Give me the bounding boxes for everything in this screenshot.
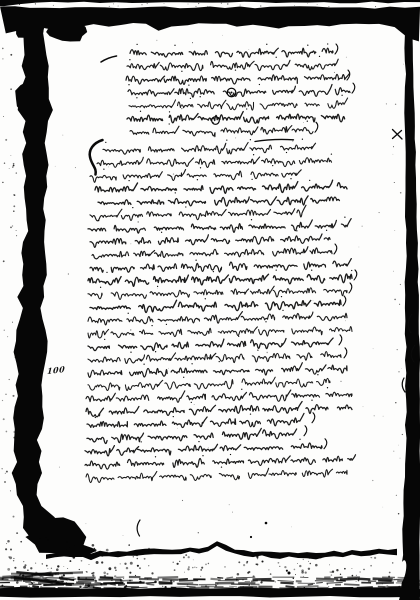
- handwriting-line: [103, 143, 316, 155]
- i-dot: [213, 271, 214, 272]
- speck: [303, 122, 304, 123]
- i-dot: [344, 217, 345, 218]
- handwriting-line: [85, 455, 356, 469]
- i-dot: [341, 95, 342, 96]
- speck: [2, 400, 3, 401]
- speck: [303, 576, 304, 577]
- speck: [92, 572, 94, 574]
- scan-streak: [316, 579, 338, 580]
- speck: [270, 573, 272, 575]
- line-end-flourish: [312, 413, 315, 423]
- speck: [10, 549, 12, 551]
- speck: [192, 567, 193, 568]
- speck: [402, 434, 403, 435]
- speck: [295, 574, 296, 575]
- i-dot: [257, 349, 258, 350]
- speck: [120, 579, 123, 582]
- speck: [192, 42, 193, 43]
- i-dot: [235, 69, 236, 70]
- i-dot: [276, 269, 277, 270]
- speck: [352, 575, 354, 577]
- speck: [200, 569, 202, 571]
- handwriting-line: [88, 338, 333, 351]
- scan-streak: [217, 578, 223, 579]
- scan-streak: [179, 580, 198, 581]
- speck: [383, 416, 384, 417]
- speck: [12, 166, 13, 167]
- speck: [73, 556, 76, 559]
- speck: [185, 554, 187, 556]
- speck: [12, 395, 14, 397]
- line-end-flourish: [343, 296, 346, 306]
- speck: [13, 163, 15, 165]
- i-dot: [143, 364, 144, 365]
- ink-dot: [265, 522, 268, 525]
- speck: [396, 495, 397, 496]
- speck: [6, 543, 7, 544]
- i-dot: [191, 363, 192, 364]
- speck: [13, 431, 14, 432]
- scan-streak: [278, 581, 295, 582]
- speck: [399, 304, 400, 305]
- speck: [136, 554, 139, 557]
- speck: [16, 581, 19, 584]
- speck: [100, 583, 102, 585]
- i-dot: [181, 71, 182, 72]
- speck: [12, 322, 13, 323]
- i-dot: [191, 402, 192, 403]
- speck: [114, 567, 116, 569]
- handwriting-line: [88, 312, 347, 325]
- speck: [177, 428, 178, 429]
- speck: [362, 226, 363, 227]
- i-dot: [246, 108, 247, 109]
- speck: [7, 540, 10, 543]
- speck: [1, 585, 3, 587]
- speck: [309, 557, 311, 559]
- speck: [5, 548, 7, 550]
- speck: [182, 500, 183, 501]
- speck: [10, 54, 12, 56]
- speck: [118, 6, 119, 7]
- scanned-manuscript-page: 100: [0, 0, 420, 600]
- speck: [106, 549, 109, 552]
- speck: [393, 451, 394, 452]
- speck: [13, 560, 14, 561]
- speck: [13, 165, 15, 167]
- handwriting-line: [128, 85, 350, 98]
- i-dot: [161, 232, 162, 233]
- speck: [130, 243, 131, 244]
- scan-border-right: [399, 22, 420, 600]
- speck: [319, 556, 322, 559]
- speck: [147, 3, 148, 4]
- speck: [2, 468, 3, 469]
- speck: [124, 563, 126, 565]
- scan-streak: [93, 587, 101, 588]
- speck: [22, 574, 24, 576]
- i-dot: [132, 207, 133, 208]
- speck: [70, 572, 72, 574]
- i-dot: [241, 389, 242, 390]
- handwriting-line: [87, 413, 304, 427]
- speck: [16, 532, 18, 534]
- speck: [164, 3, 165, 4]
- speck: [356, 581, 357, 582]
- speck: [19, 4, 20, 5]
- speck: [61, 581, 63, 583]
- handwriting-line: [127, 112, 345, 124]
- speck: [196, 567, 197, 568]
- speck: [5, 139, 7, 141]
- speck: [93, 548, 95, 550]
- speck: [196, 6, 197, 7]
- i-dot: [331, 153, 332, 154]
- handwriting-line: [85, 443, 322, 456]
- speck: [373, 348, 374, 349]
- speck: [328, 6, 329, 7]
- speck: [4, 586, 5, 587]
- speck: [35, 3, 36, 4]
- speck: [205, 564, 207, 566]
- speck: [400, 284, 401, 285]
- speck: [101, 555, 103, 557]
- speck: [257, 558, 258, 559]
- speck: [106, 573, 108, 575]
- speck: [294, 569, 296, 571]
- speck: [356, 575, 357, 576]
- speck: [183, 556, 185, 558]
- margin-cross-mark: [393, 130, 403, 140]
- speck: [248, 584, 250, 586]
- handwriting-line: [130, 126, 313, 137]
- speck: [256, 556, 258, 558]
- i-dot: [327, 43, 328, 44]
- speck: [85, 523, 86, 524]
- initial-flourish: [90, 140, 103, 175]
- speck: [400, 192, 402, 194]
- speck: [389, 572, 391, 574]
- i-dot: [317, 374, 318, 375]
- handwriting-line: [88, 377, 330, 390]
- speck: [17, 577, 19, 579]
- i-dot: [326, 230, 327, 231]
- speck: [147, 578, 148, 579]
- handwriting-line: [95, 180, 347, 193]
- speck: [4, 163, 5, 164]
- speck: [393, 154, 394, 155]
- speck: [27, 569, 29, 571]
- speck: [96, 561, 99, 564]
- scan-streak: [158, 577, 179, 578]
- speck: [129, 572, 131, 574]
- speck: [238, 561, 240, 563]
- handwriting-line: [97, 157, 332, 167]
- i-dot: [302, 139, 303, 140]
- speck: [95, 580, 97, 582]
- speck: [308, 568, 310, 570]
- ink-dot: [250, 536, 252, 538]
- speck: [29, 586, 30, 587]
- i-dot: [200, 96, 201, 97]
- scan-streak: [297, 586, 319, 587]
- handwriting-line: [87, 428, 297, 443]
- speck: [222, 35, 223, 36]
- scan-streak: [211, 579, 221, 580]
- i-dot: [200, 167, 201, 168]
- speck: [157, 288, 158, 289]
- speck: [278, 562, 280, 564]
- speck: [137, 565, 139, 567]
- i-dot: [95, 417, 96, 418]
- speck: [47, 568, 48, 569]
- handwriting-line: [98, 196, 339, 206]
- scan-streak: [131, 587, 147, 588]
- scan-bottom-shadow-line: [46, 541, 397, 560]
- i-dot: [266, 44, 267, 45]
- handwriting-line: [86, 468, 347, 482]
- speck: [9, 168, 10, 169]
- speck: [181, 108, 182, 109]
- scan-border-left: [12, 22, 63, 539]
- speck: [6, 431, 8, 433]
- speck: [193, 559, 194, 560]
- speck: [268, 569, 269, 570]
- i-dot: [183, 377, 184, 378]
- speck: [398, 586, 400, 588]
- speck: [303, 559, 304, 560]
- speck: [398, 445, 399, 446]
- speck: [123, 578, 124, 579]
- speck: [33, 580, 34, 581]
- line-end-flourish: [339, 335, 342, 345]
- line-end-flourish: [352, 83, 355, 93]
- i-dot: [319, 56, 320, 57]
- speck: [76, 582, 77, 583]
- speck: [279, 566, 280, 567]
- i-dot: [157, 286, 158, 287]
- speck: [24, 564, 26, 566]
- speck: [359, 571, 360, 572]
- speck: [198, 3, 199, 4]
- i-dot: [290, 178, 291, 179]
- speck: [394, 299, 396, 301]
- i-dot: [311, 400, 312, 401]
- line-end-flourish: [354, 270, 357, 280]
- speck: [42, 563, 43, 564]
- speck: [363, 569, 364, 570]
- speck: [23, 561, 24, 562]
- scan-rendering: [0, 0, 420, 600]
- speck: [16, 172, 17, 173]
- speck: [66, 541, 68, 543]
- i-dot: [219, 361, 220, 362]
- speck: [89, 564, 90, 565]
- speck: [113, 3, 114, 4]
- speck: [179, 561, 180, 562]
- handwriting-line: [90, 170, 301, 183]
- handwriting-line: [88, 363, 347, 378]
- speck: [148, 548, 150, 550]
- i-dot: [226, 139, 227, 140]
- speck: [173, 173, 174, 174]
- speck: [331, 574, 332, 575]
- speck: [207, 6, 208, 7]
- scan-streak: [358, 579, 371, 580]
- speck: [51, 568, 52, 569]
- i-dot: [128, 84, 129, 85]
- speck: [129, 580, 131, 582]
- speck: [305, 572, 307, 574]
- speck: [308, 561, 309, 562]
- speck: [22, 577, 24, 579]
- speck: [229, 504, 230, 505]
- i-dot: [140, 111, 141, 112]
- speck: [14, 194, 16, 196]
- speck: [135, 575, 136, 576]
- speck: [187, 584, 188, 585]
- word-underline: [255, 139, 294, 141]
- speck: [10, 227, 12, 229]
- speck: [130, 562, 133, 565]
- speck: [248, 49, 249, 50]
- speck: [294, 5, 295, 6]
- speck: [351, 568, 352, 569]
- handwriting-line: [130, 48, 333, 57]
- speck: [284, 566, 286, 568]
- speck: [123, 535, 124, 536]
- i-dot: [250, 139, 251, 140]
- scan-streak: [340, 579, 358, 580]
- scan-streak: [344, 584, 359, 585]
- speck: [9, 556, 12, 559]
- speck: [92, 544, 95, 547]
- speck: [16, 235, 17, 236]
- speck: [386, 585, 388, 587]
- speck: [63, 566, 64, 567]
- speck: [62, 135, 63, 136]
- speck: [184, 572, 185, 573]
- margin-paren-mark: [402, 378, 405, 392]
- speck: [17, 580, 18, 581]
- speck: [85, 577, 87, 579]
- i-dot: [202, 455, 203, 456]
- scan-streak: [251, 580, 258, 581]
- speck: [205, 585, 207, 587]
- i-dot: [104, 339, 105, 340]
- i-dot: [136, 97, 137, 98]
- line-end-flourish: [315, 122, 318, 132]
- i-dot: [307, 45, 308, 46]
- speck: [15, 356, 17, 358]
- speck: [154, 581, 157, 584]
- speck: [2, 182, 3, 183]
- speck: [194, 567, 195, 568]
- speck: [68, 273, 69, 274]
- speck: [227, 3, 228, 4]
- lead-in-dash: [101, 56, 117, 62]
- scan-streak: [316, 583, 323, 584]
- speck: [3, 418, 5, 420]
- speck: [13, 437, 15, 439]
- speck: [394, 182, 395, 183]
- line-end-flourish: [335, 44, 338, 54]
- speck: [57, 581, 59, 583]
- speck: [243, 564, 245, 566]
- speck: [304, 587, 305, 588]
- speck: [395, 104, 396, 105]
- speck: [346, 57, 347, 58]
- speck: [293, 578, 294, 579]
- speck: [215, 585, 217, 587]
- speck: [13, 516, 15, 518]
- i-dot: [166, 324, 167, 325]
- i-dot: [238, 336, 239, 337]
- speck: [31, 582, 33, 584]
- speck: [398, 371, 399, 372]
- speck: [69, 560, 71, 562]
- i-dot: [351, 270, 352, 271]
- handwriting-line: [90, 205, 306, 221]
- scan-border-topline: [0, 0, 420, 6]
- speck: [133, 556, 134, 557]
- speck: [35, 563, 36, 564]
- speck: [36, 543, 37, 544]
- speck: [345, 320, 346, 321]
- scan-streak: [179, 579, 188, 580]
- speck: [57, 565, 59, 567]
- scan-streak: [280, 583, 293, 584]
- scan-streak: [286, 586, 295, 587]
- scan-streak: [336, 580, 346, 581]
- scan-streak: [146, 583, 155, 584]
- i-dot: [130, 352, 131, 353]
- speck: [372, 480, 373, 481]
- scan-streak: [236, 577, 255, 578]
- ink-dot: [288, 572, 291, 575]
- i-dot: [98, 220, 99, 221]
- speck: [40, 586, 42, 588]
- speck: [188, 566, 190, 568]
- speck: [194, 404, 195, 405]
- speck: [13, 558, 14, 559]
- speck: [315, 564, 318, 567]
- i-dot: [282, 310, 283, 311]
- speck: [120, 563, 121, 564]
- handwriting-line: [86, 402, 352, 417]
- speck: [164, 586, 166, 588]
- scan-streak: [100, 577, 114, 578]
- speck: [156, 40, 157, 41]
- speck: [327, 583, 328, 584]
- speck: [142, 552, 145, 555]
- speck: [151, 572, 153, 574]
- speck: [20, 541, 22, 543]
- speck: [236, 579, 238, 581]
- speck: [3, 260, 5, 262]
- speck: [3, 116, 4, 117]
- speck: [242, 579, 243, 580]
- speck: [81, 560, 83, 562]
- speck: [237, 573, 240, 576]
- speck: [67, 580, 68, 581]
- speck: [55, 166, 56, 167]
- scan-streak: [139, 579, 159, 580]
- i-dot: [251, 219, 252, 220]
- speck: [401, 368, 402, 369]
- speck: [395, 402, 396, 403]
- i-dot: [281, 296, 282, 297]
